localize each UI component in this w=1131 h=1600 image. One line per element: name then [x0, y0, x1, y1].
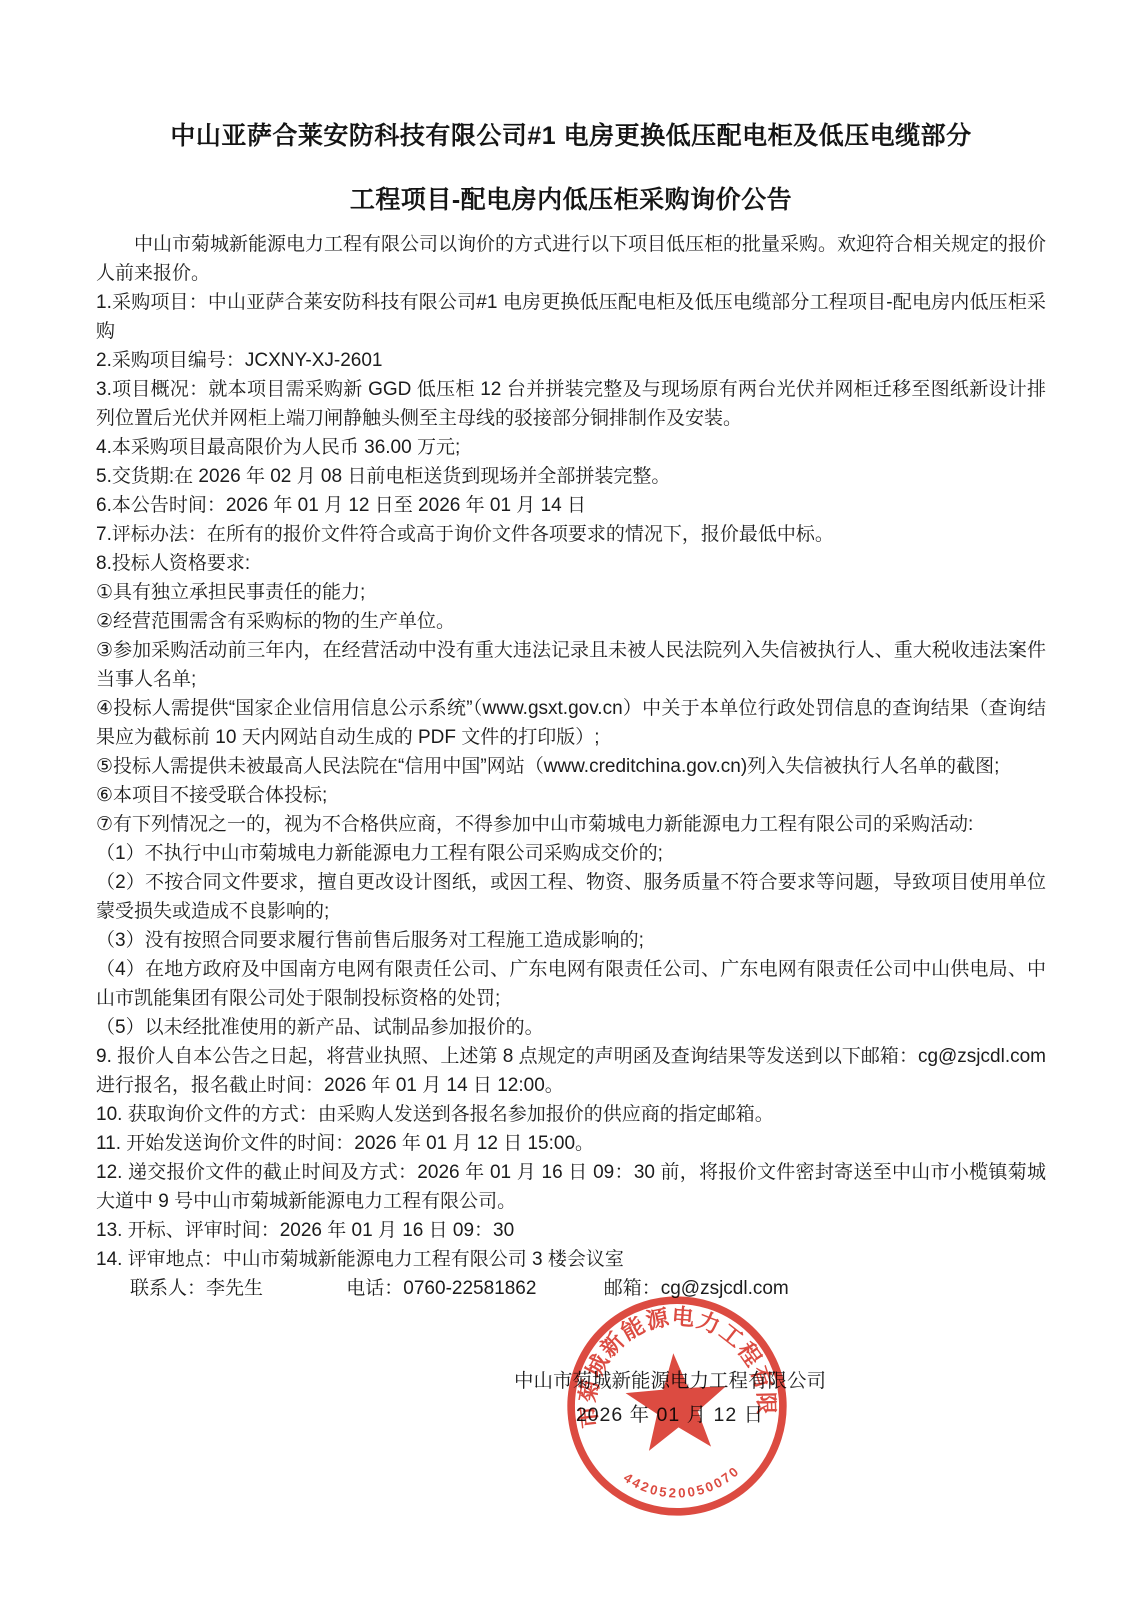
item-1-procurement-project: 1.采购项目：中山亚萨合莱安防科技有限公司#1 电房更换低压配电柜及低压电缆部分…: [96, 288, 1046, 346]
seal-number-text: 4420520050070: [620, 1462, 744, 1505]
item-14-review-location: 14. 评审地点：中山市菊城新能源电力工程有限公司 3 楼会议室: [96, 1245, 1046, 1274]
disqualification-case-2: （2）不按合同文件要求，擅自更改设计图纸，或因工程、物资、服务质量不符合要求等问…: [96, 868, 1046, 926]
signature-date: 2026 年 01 月 12 日: [500, 1398, 840, 1432]
document-title-line2: 工程项目-配电房内低压柜采购询价公告: [96, 184, 1046, 216]
signature-block: 中山市菊城新能源电力工程有限公司 2026 年 01 月 12 日: [500, 1364, 840, 1432]
disqualification-case-5: （5）以未经批准使用的新产品、试制品参加报价的。: [96, 1013, 1046, 1042]
signature-company: 中山市菊城新能源电力工程有限公司: [500, 1364, 840, 1398]
item-3-project-overview: 3.项目概况：就本项目需采购新 GGD 低压柜 12 台并拼装完整及与现场原有两…: [96, 375, 1046, 433]
item-7-evaluation-method: 7.评标办法：在所有的报价文件符合或高于询价文件各项要求的情况下，报价最低中标。: [96, 520, 1046, 549]
document-body: 中山市菊城新能源电力工程有限公司以询价的方式进行以下项目低压柜的批量采购。欢迎符…: [96, 230, 1046, 1303]
item-11-send-time: 11. 开始发送询价文件的时间：2026 年 01 月 12 日 15:00。: [96, 1129, 1046, 1158]
item-2-project-number: 2.采购项目编号：JCXNY-XJ-2601: [96, 346, 1046, 375]
disqualification-case-1: （1）不执行中山市菊城电力新能源电力工程有限公司采购成交价的;: [96, 839, 1046, 868]
qualification-3: ③参加采购活动前三年内，在经营活动中没有重大违法记录且未被人民法院列入失信被执行…: [96, 636, 1046, 694]
intro-paragraph: 中山市菊城新能源电力工程有限公司以询价的方式进行以下项目低压柜的批量采购。欢迎符…: [96, 230, 1046, 288]
item-8-bidder-qualifications: 8.投标人资格要求:: [96, 549, 1046, 578]
item-4-price-limit: 4.本采购项目最高限价为人民币 36.00 万元;: [96, 433, 1046, 462]
contact-phone: 电话：0760-22581862: [346, 1278, 536, 1299]
qualification-1: ①具有独立承担民事责任的能力;: [96, 578, 1046, 607]
contact-line: 联系人：李先生 电话：0760-22581862 邮箱：cg@zsjcdl.co…: [96, 1274, 1046, 1303]
disqualification-case-3: （3）没有按照合同要求履行售前售后服务对工程施工造成影响的;: [96, 926, 1046, 955]
document-page: 中山亚萨合莱安防科技有限公司#1 电房更换低压配电柜及低压电缆部分 工程项目-配…: [0, 0, 1131, 1600]
item-10-document-delivery: 10. 获取询价文件的方式：由采购人发送到各报名参加报价的供应商的指定邮箱。: [96, 1100, 1046, 1129]
item-5-delivery-date: 5.交货期:在 2026 年 02 月 08 日前电柜送货到现场并全部拼装完整。: [96, 462, 1046, 491]
qualification-6: ⑥本项目不接受联合体投标;: [96, 781, 1046, 810]
contact-email: 邮箱：cg@zsjcdl.com: [604, 1278, 789, 1299]
item-13-opening-time: 13. 开标、评审时间：2026 年 01 月 16 日 09：30: [96, 1216, 1046, 1245]
contact-person: 联系人：李先生: [130, 1278, 263, 1299]
qualification-2: ②经营范围需含有采购标的物的生产单位。: [96, 607, 1046, 636]
qualification-4: ④投标人需提供“国家企业信用信息公示系统”（www.gsxt.gov.cn）中关…: [96, 694, 1046, 752]
item-6-announcement-period: 6.本公告时间：2026 年 01 月 12 日至 2026 年 01 月 14…: [96, 491, 1046, 520]
qualification-5: ⑤投标人需提供未被最高人民法院在“信用中国”网站（www.creditchina…: [96, 752, 1046, 781]
item-9-registration-email: 9. 报价人自本公告之日起，将营业执照、上述第 8 点规定的声明函及查询结果等发…: [96, 1042, 1046, 1100]
document-title-line1: 中山亚萨合莱安防科技有限公司#1 电房更换低压配电柜及低压电缆部分: [96, 120, 1046, 152]
disqualification-case-4: （4）在地方政府及中国南方电网有限责任公司、广东电网有限责任公司、广东电网有限责…: [96, 955, 1046, 1013]
qualification-7: ⑦有下列情况之一的，视为不合格供应商，不得参加中山市菊城电力新能源电力工程有限公…: [96, 810, 1046, 839]
document-content: 中山亚萨合莱安防科技有限公司#1 电房更换低压配电柜及低压电缆部分 工程项目-配…: [96, 120, 1046, 1303]
item-12-submission-deadline: 12. 递交报价文件的截止时间及方式：2026 年 01 月 16 日 09：3…: [96, 1158, 1046, 1216]
